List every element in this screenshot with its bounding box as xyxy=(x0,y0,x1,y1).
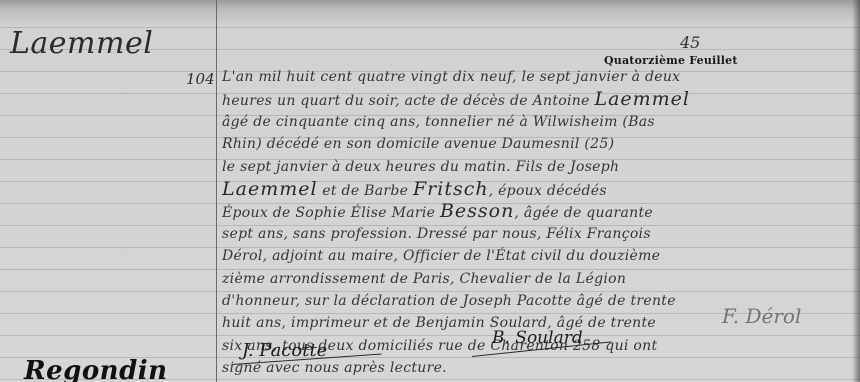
scanned-register-page: Laemmel Regondin 104 45 Quatorzième Feui… xyxy=(0,0,860,382)
record-line: Rhin) décédé en son domicile avenue Daum… xyxy=(222,133,852,155)
margin-rule xyxy=(216,0,217,382)
record-line: Laemmel et de Barbe Fritsch, époux décéd… xyxy=(222,178,852,200)
emphasized-surname: Besson xyxy=(440,200,514,222)
emphasized-surname: Laemmel xyxy=(222,178,318,200)
record-line: Dérol, adjoint au maire, Officier de l'É… xyxy=(222,245,852,267)
record-line: zième arrondissement de Paris, Chevalier… xyxy=(222,268,852,290)
margin-surname-next-record: Regondin xyxy=(24,356,168,382)
signatures: J. Pacotte B. Soulard F. Dérol xyxy=(222,334,852,374)
record-line: le sept janvier à deux heures du matin. … xyxy=(222,156,852,178)
record-line: heures un quart du soir, acte de décès d… xyxy=(222,88,852,110)
record-line: âgé de cinquante cinq ans, tonnelier né … xyxy=(222,111,852,133)
emphasized-surname: Laemmel xyxy=(594,88,690,110)
margin-surname-laemmel: Laemmel xyxy=(10,26,153,61)
emphasized-surname: Fritsch xyxy=(413,178,489,200)
act-number: 104 xyxy=(186,70,215,88)
signature-officer: F. Dérol xyxy=(722,304,801,328)
record-line: Époux de Sophie Élise Marie Besson, âgée… xyxy=(222,200,852,222)
sheet-number: 45 xyxy=(680,33,700,52)
record-line: sept ans, sans profession. Dressé par no… xyxy=(222,223,852,245)
record-line: L'an mil huit cent quatre vingt dix neuf… xyxy=(222,66,852,88)
